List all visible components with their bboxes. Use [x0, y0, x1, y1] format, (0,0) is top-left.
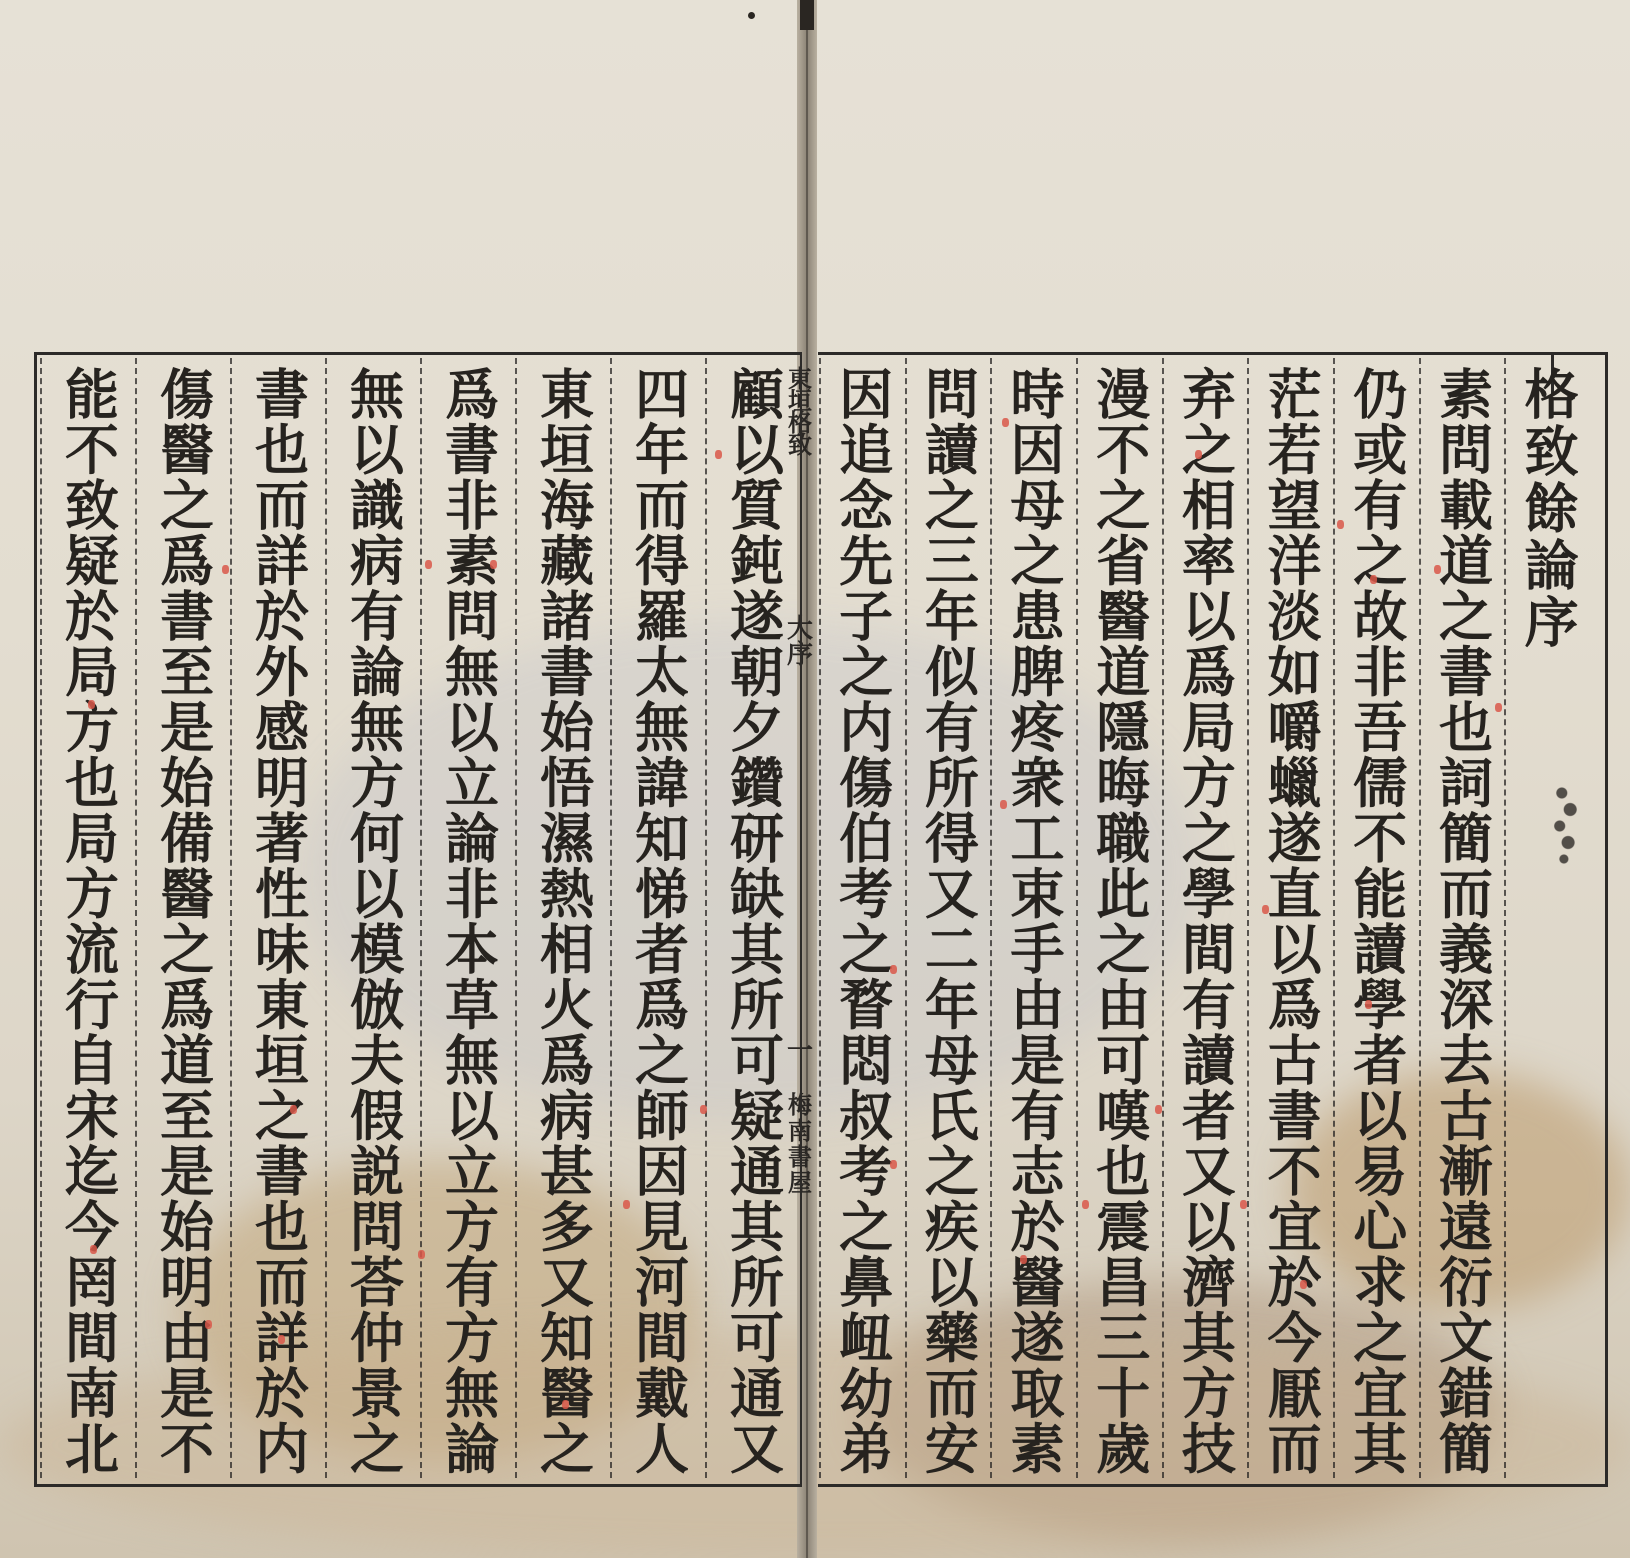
column-text: 爲書非素問無以立論非本草無以立方有方無論 [442, 358, 496, 1478]
column-text: 四年而得羅太無諱知悌者爲之師因見河間戴人 [632, 358, 686, 1478]
column-text: 書也而詳於外感明著性味東垣之書也而詳於内 [252, 358, 306, 1478]
text-column: 無以識病有論無方何以模倣夫假説問荅仲景之 [325, 358, 420, 1478]
text-column: 顧以質鈍遂朝夕鑽研缺其所可疑通其所可通又 [705, 358, 800, 1478]
column-text: 無以識病有論無方何以模倣夫假説問荅仲景之 [347, 358, 401, 1478]
ink-dot [748, 12, 755, 19]
text-column: 因追念先子之内傷伯考之瞀悶叔考之鼻衄幼弟 [819, 358, 905, 1478]
column-text: 弃之相率以爲局方之學間有讀者又以濟其方技 [1178, 358, 1232, 1478]
preface-title: 格致餘論序 [1521, 358, 1575, 1478]
column-text: 素問載道之書也詞簡而義深去古漸遠衍文錯簡 [1435, 358, 1489, 1478]
text-column: 書也而詳於外感明著性味東垣之書也而詳於内 [230, 358, 325, 1478]
text-column: 弃之相率以爲局方之學間有讀者又以濟其方技 [1162, 358, 1248, 1478]
text-column: 漫不之省醫道隱晦職此之由可嘆也震昌三十歲 [1076, 358, 1162, 1478]
text-column: 四年而得羅太無諱知悌者爲之師因見河間戴人 [610, 358, 705, 1478]
column-text: 因追念先子之内傷伯考之瞀悶叔考之鼻衄幼弟 [836, 358, 890, 1478]
text-column: 問讀之三年似有所得又二年母氏之疾以藥而安 [905, 358, 991, 1478]
book-spread: 格致餘論序 素問載道之書也詞簡而義深去古漸遠衍文錯簡 仍或有之故非吾儒不能讀學者… [0, 0, 1630, 1558]
text-column: 東垣海藏諸書始悟濕熱相火爲病甚多又知醫之 [515, 358, 610, 1478]
column-text: 顧以質鈍遂朝夕鑽研缺其所可疑通其所可通又 [727, 358, 781, 1478]
preface-title-column: 格致餘論序 [1504, 358, 1590, 1478]
text-column: 茫若望洋淡如嚼蠟遂直以爲古書不宜於今厭而 [1247, 358, 1333, 1478]
right-page-text: 格致餘論序 素問載道之書也詞簡而義深去古漸遠衍文錯簡 仍或有之故非吾儒不能讀學者… [818, 358, 1590, 1478]
column-text: 仍或有之故非吾儒不能讀學者以易心求之宜其 [1350, 358, 1404, 1478]
binding-mark [800, 0, 814, 30]
column-text: 茫若望洋淡如嚼蠟遂直以爲古書不宜於今厭而 [1264, 358, 1318, 1478]
text-column: 素問載道之書也詞簡而義深去古漸遠衍文錯簡 [1419, 358, 1505, 1478]
column-text: 時因母之患脾疼衆工束手由是有志於醫遂取素 [1007, 358, 1061, 1478]
left-page-text: 顧以質鈍遂朝夕鑽研缺其所可疑通其所可通又 四年而得羅太無諱知悌者爲之師因見河間戴… [40, 358, 800, 1478]
column-text: 漫不之省醫道隱晦職此之由可嘆也震昌三十歲 [1093, 358, 1147, 1478]
column-text: 傷醫之爲書至是始備醫之爲道至是始明由是不 [157, 358, 211, 1478]
text-column: 傷醫之爲書至是始備醫之爲道至是始明由是不 [135, 358, 230, 1478]
text-column: 仍或有之故非吾儒不能讀學者以易心求之宜其 [1333, 358, 1419, 1478]
column-text: 能不致疑於局方也局方流行自宋迄今罔間南北 [62, 358, 116, 1478]
text-column: 能不致疑於局方也局方流行自宋迄今罔間南北 [40, 358, 135, 1478]
text-column: 時因母之患脾疼衆工束手由是有志於醫遂取素 [990, 358, 1076, 1478]
column-text: 東垣海藏諸書始悟濕熱相火爲病甚多又知醫之 [537, 358, 591, 1478]
column-text: 問讀之三年似有所得又二年母氏之疾以藥而安 [921, 358, 975, 1478]
text-column: 爲書非素問無以立論非本草無以立方有方無論 [420, 358, 515, 1478]
